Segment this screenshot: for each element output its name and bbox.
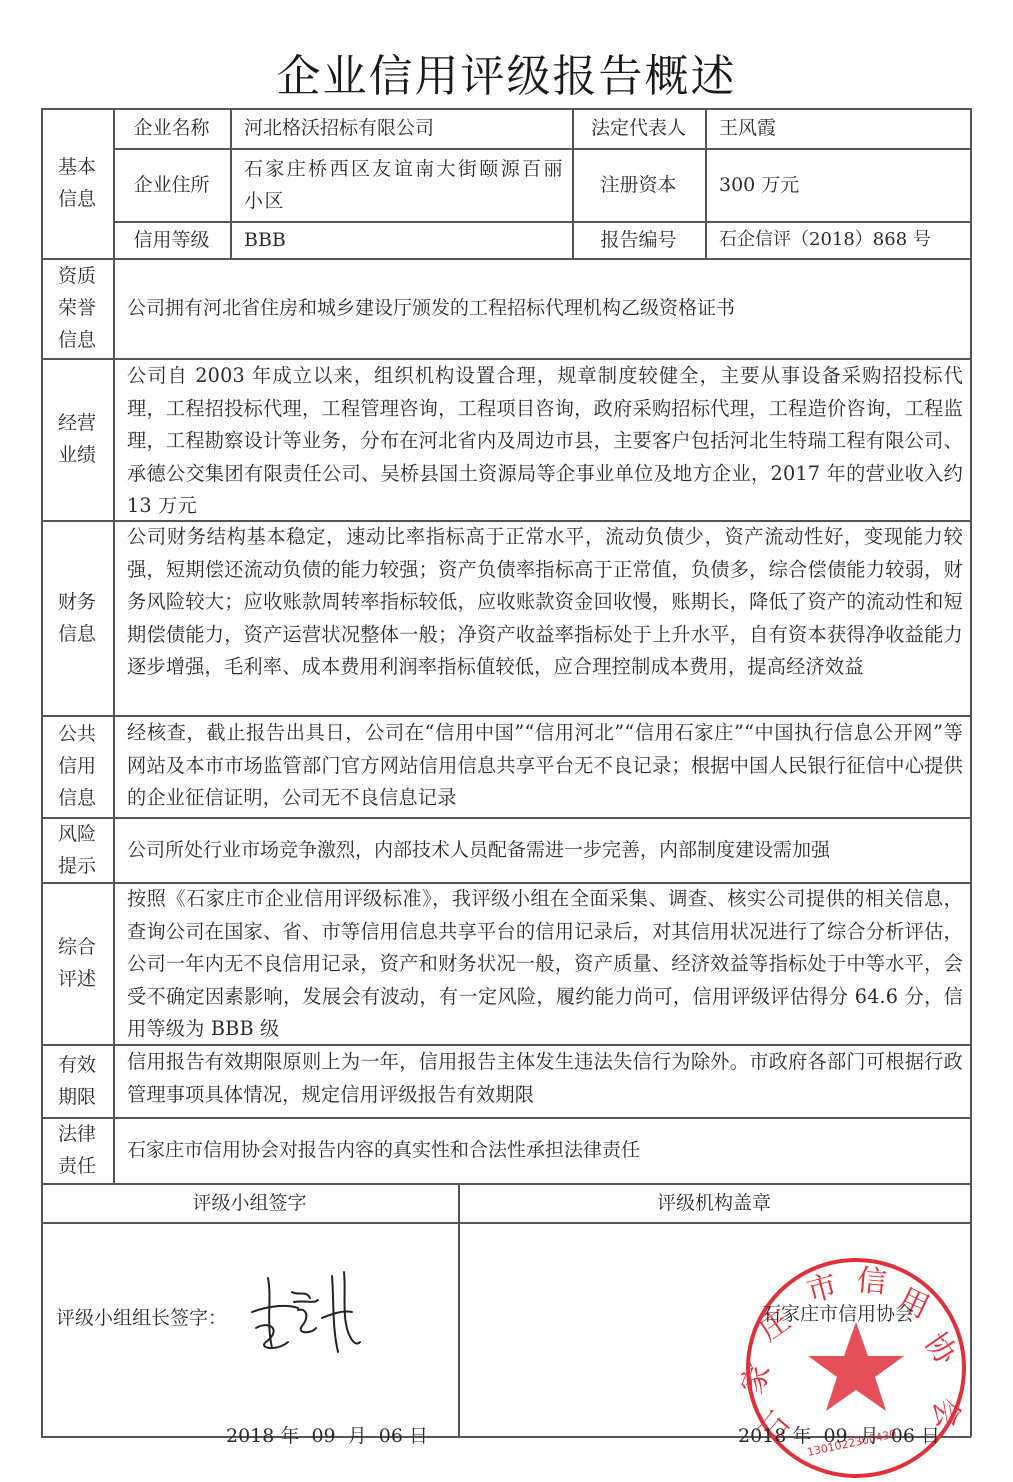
section-text-risk: 公司所处行业市场竞争激烈，内部技术人员配备需进一步完善，内部制度建设需加强 (113, 817, 970, 882)
section-text-validity: 信用报告有效期限原则上为一年，信用报告主体发生违法失信行为除外。市政府各部门可根… (127, 1046, 963, 1111)
field-label-address: 企业住所 (113, 148, 230, 221)
section-label-basic-info: 基本信息 (41, 108, 113, 258)
sign-header-team: 评级小组签字 (41, 1183, 458, 1222)
section-label-text: 资质荣誉信息 (57, 260, 97, 356)
page-title: 企业信用评级报告概述 (0, 40, 1013, 104)
section-label-text: 财务信息 (57, 586, 97, 650)
section-label-text: 综合评述 (57, 931, 97, 995)
section-label-summary: 综合评述 (41, 882, 113, 1044)
section-text-legal: 石家庄市信用协会对报告内容的真实性和合法性承担法律责任 (113, 1117, 970, 1183)
field-value-credit-rating: BBB (230, 221, 572, 258)
section-label-text: 公共信用信息 (57, 718, 97, 814)
section-label-financial: 财务信息 (41, 520, 113, 715)
section-label-legal: 法律责任 (41, 1117, 113, 1183)
section-label-public-credit: 公共信用信息 (41, 715, 113, 817)
section-label-performance: 经营业绩 (41, 358, 113, 520)
section-label-qualification: 资质荣誉信息 (41, 258, 113, 358)
section-text-summary: 按照《石家庄市企业信用评级标准》，我评级小组在全面采集、调查、核实公司提供的相关… (127, 883, 963, 1046)
field-label-credit-rating: 信用等级 (113, 221, 230, 258)
field-value-company-name: 河北格沃招标有限公司 (230, 108, 572, 148)
field-value-report-number: 石企信评（2018）868 号 (705, 221, 970, 258)
section-text-qualification: 公司拥有河北省住房和城乡建设厅颁发的工程招标代理机构乙级资格证书 (113, 258, 970, 358)
field-label-company-name: 企业名称 (113, 108, 230, 148)
handwritten-signature (248, 1270, 368, 1360)
field-value-address: 石家庄桥西区友谊南大街颐源百丽小区 (230, 148, 572, 221)
leader-sign-label: 评级小组组长签字： (56, 1300, 256, 1336)
section-text-public-credit: 经核查，截止报告出具日，公司在“信用中国”“信用河北”“信用石家庄”“中国执行信… (127, 717, 963, 815)
svg-text:信: 信 (855, 1263, 888, 1300)
svg-text:家: 家 (738, 1359, 778, 1399)
section-label-text: 经营业绩 (57, 407, 97, 471)
section-label-text: 基本信息 (57, 151, 97, 215)
section-label-validity: 有效期限 (41, 1044, 113, 1117)
field-label-legal-rep: 法定代表人 (572, 108, 705, 148)
section-label-text: 法律责任 (57, 1118, 97, 1182)
sign-header-agency: 评级机构盖章 (458, 1183, 970, 1222)
field-value-legal-rep: 王风霞 (705, 108, 970, 148)
section-label-text: 有效期限 (57, 1049, 97, 1113)
section-text-performance: 公司自 2003 年成立以来，组织机构设置合理，规章制度较健全，主要从事设备采购… (127, 360, 963, 523)
field-value-registered-capital: 300 万元 (705, 148, 970, 221)
field-label-registered-capital: 注册资本 (572, 148, 705, 221)
section-label-text: 风险提示 (57, 818, 97, 882)
agency-sign-date: 2018 年 09 月 06 日 (738, 1420, 958, 1452)
field-label-report-number: 报告编号 (572, 221, 705, 258)
section-label-risk: 风险提示 (41, 817, 113, 882)
section-text-financial: 公司财务结构基本稳定，速动比率指标高于正常水平，流动负债少，资产流动性好，变现能… (127, 521, 963, 684)
agency-name: 石家庄市信用协会 (762, 1296, 962, 1332)
team-sign-date: 2018 年 09 月 06 日 (226, 1420, 446, 1452)
